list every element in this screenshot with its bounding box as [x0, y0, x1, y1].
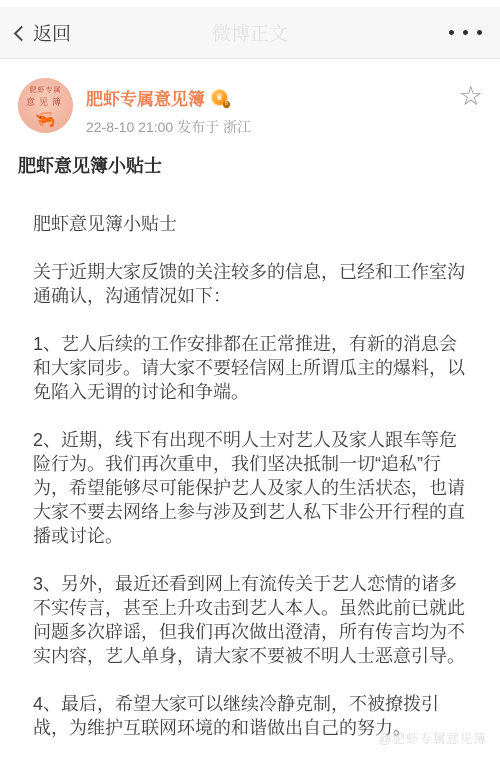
back-button-label: 返回	[33, 19, 71, 46]
post-content: 肥虾意见簿小贴士 关于近期大家反馈的关注较多的信息，已经和工作室沟通确认，沟通情…	[33, 212, 467, 740]
status-bar-strip	[0, 0, 500, 7]
user-info: 肥虾专属意见簿 ♛ 6 22-8-10 21:00 发布于 浙江	[86, 78, 251, 137]
content-paragraph: 关于近期大家反馈的关注较多的信息，已经和工作室沟通确认，沟通情况如下：	[33, 260, 467, 308]
post-timestamp: 22-8-10 21:00 发布于 浙江	[86, 117, 251, 137]
crown-icon: ♛	[215, 93, 223, 102]
username[interactable]: 肥虾专属意见簿	[86, 85, 205, 110]
post-title: 肥虾意见簿小贴士	[18, 152, 482, 178]
favorite-star-icon[interactable]: ☆	[459, 83, 483, 110]
more-menu-button[interactable]	[449, 30, 482, 35]
avatar[interactable]: 肥虾专属 意见簿 🦐	[18, 78, 73, 133]
content-paragraph: 2、近期，线下有出现不明人士对艺人及家人跟车等危险行为。我们再次重申，我们坚决抵…	[33, 428, 467, 548]
back-button[interactable]: 返回	[16, 19, 71, 46]
more-dot-icon	[477, 30, 482, 35]
more-dot-icon	[449, 30, 454, 35]
navbar: 返回 微博正文	[0, 7, 500, 59]
more-dot-icon	[463, 30, 468, 35]
chevron-left-icon	[14, 25, 30, 41]
shrimp-icon: 🦐	[18, 110, 73, 130]
content-paragraph: 1、艺人后续的工作安排都在正常推进，有新的消息会和大家同步。请大家不要轻信网上所…	[33, 332, 467, 404]
content-paragraph: 肥虾意见簿小贴士	[33, 212, 467, 236]
content-paragraph: 3、另外，最近还看到网上有流传关于艺人恋情的诸多不实传言，甚至上升攻击到艺人本人…	[33, 572, 467, 668]
weibo-post-page: 返回 微博正文 肥虾专属 意见簿 🦐 肥虾专属意见簿 ♛ 6 22-8-10 2…	[0, 0, 500, 764]
post-header: 肥虾专属 意见簿 🦐 肥虾专属意见簿 ♛ 6 22-8-10 21:00 发布于…	[0, 59, 500, 137]
avatar-text-top: 肥虾专属	[18, 85, 73, 95]
nav-title: 微博正文	[0, 19, 500, 46]
content-paragraph: 4、最后，希望大家可以继续冷静克制，不被撩拨引战，为维护互联网环境的和谐做出自己…	[33, 692, 467, 740]
vip-level: 6	[223, 101, 230, 108]
vip-badge-icon: ♛ 6	[211, 89, 228, 106]
username-row: 肥虾专属意见簿 ♛ 6	[86, 85, 251, 110]
avatar-text-mid: 意见簿	[18, 95, 73, 108]
